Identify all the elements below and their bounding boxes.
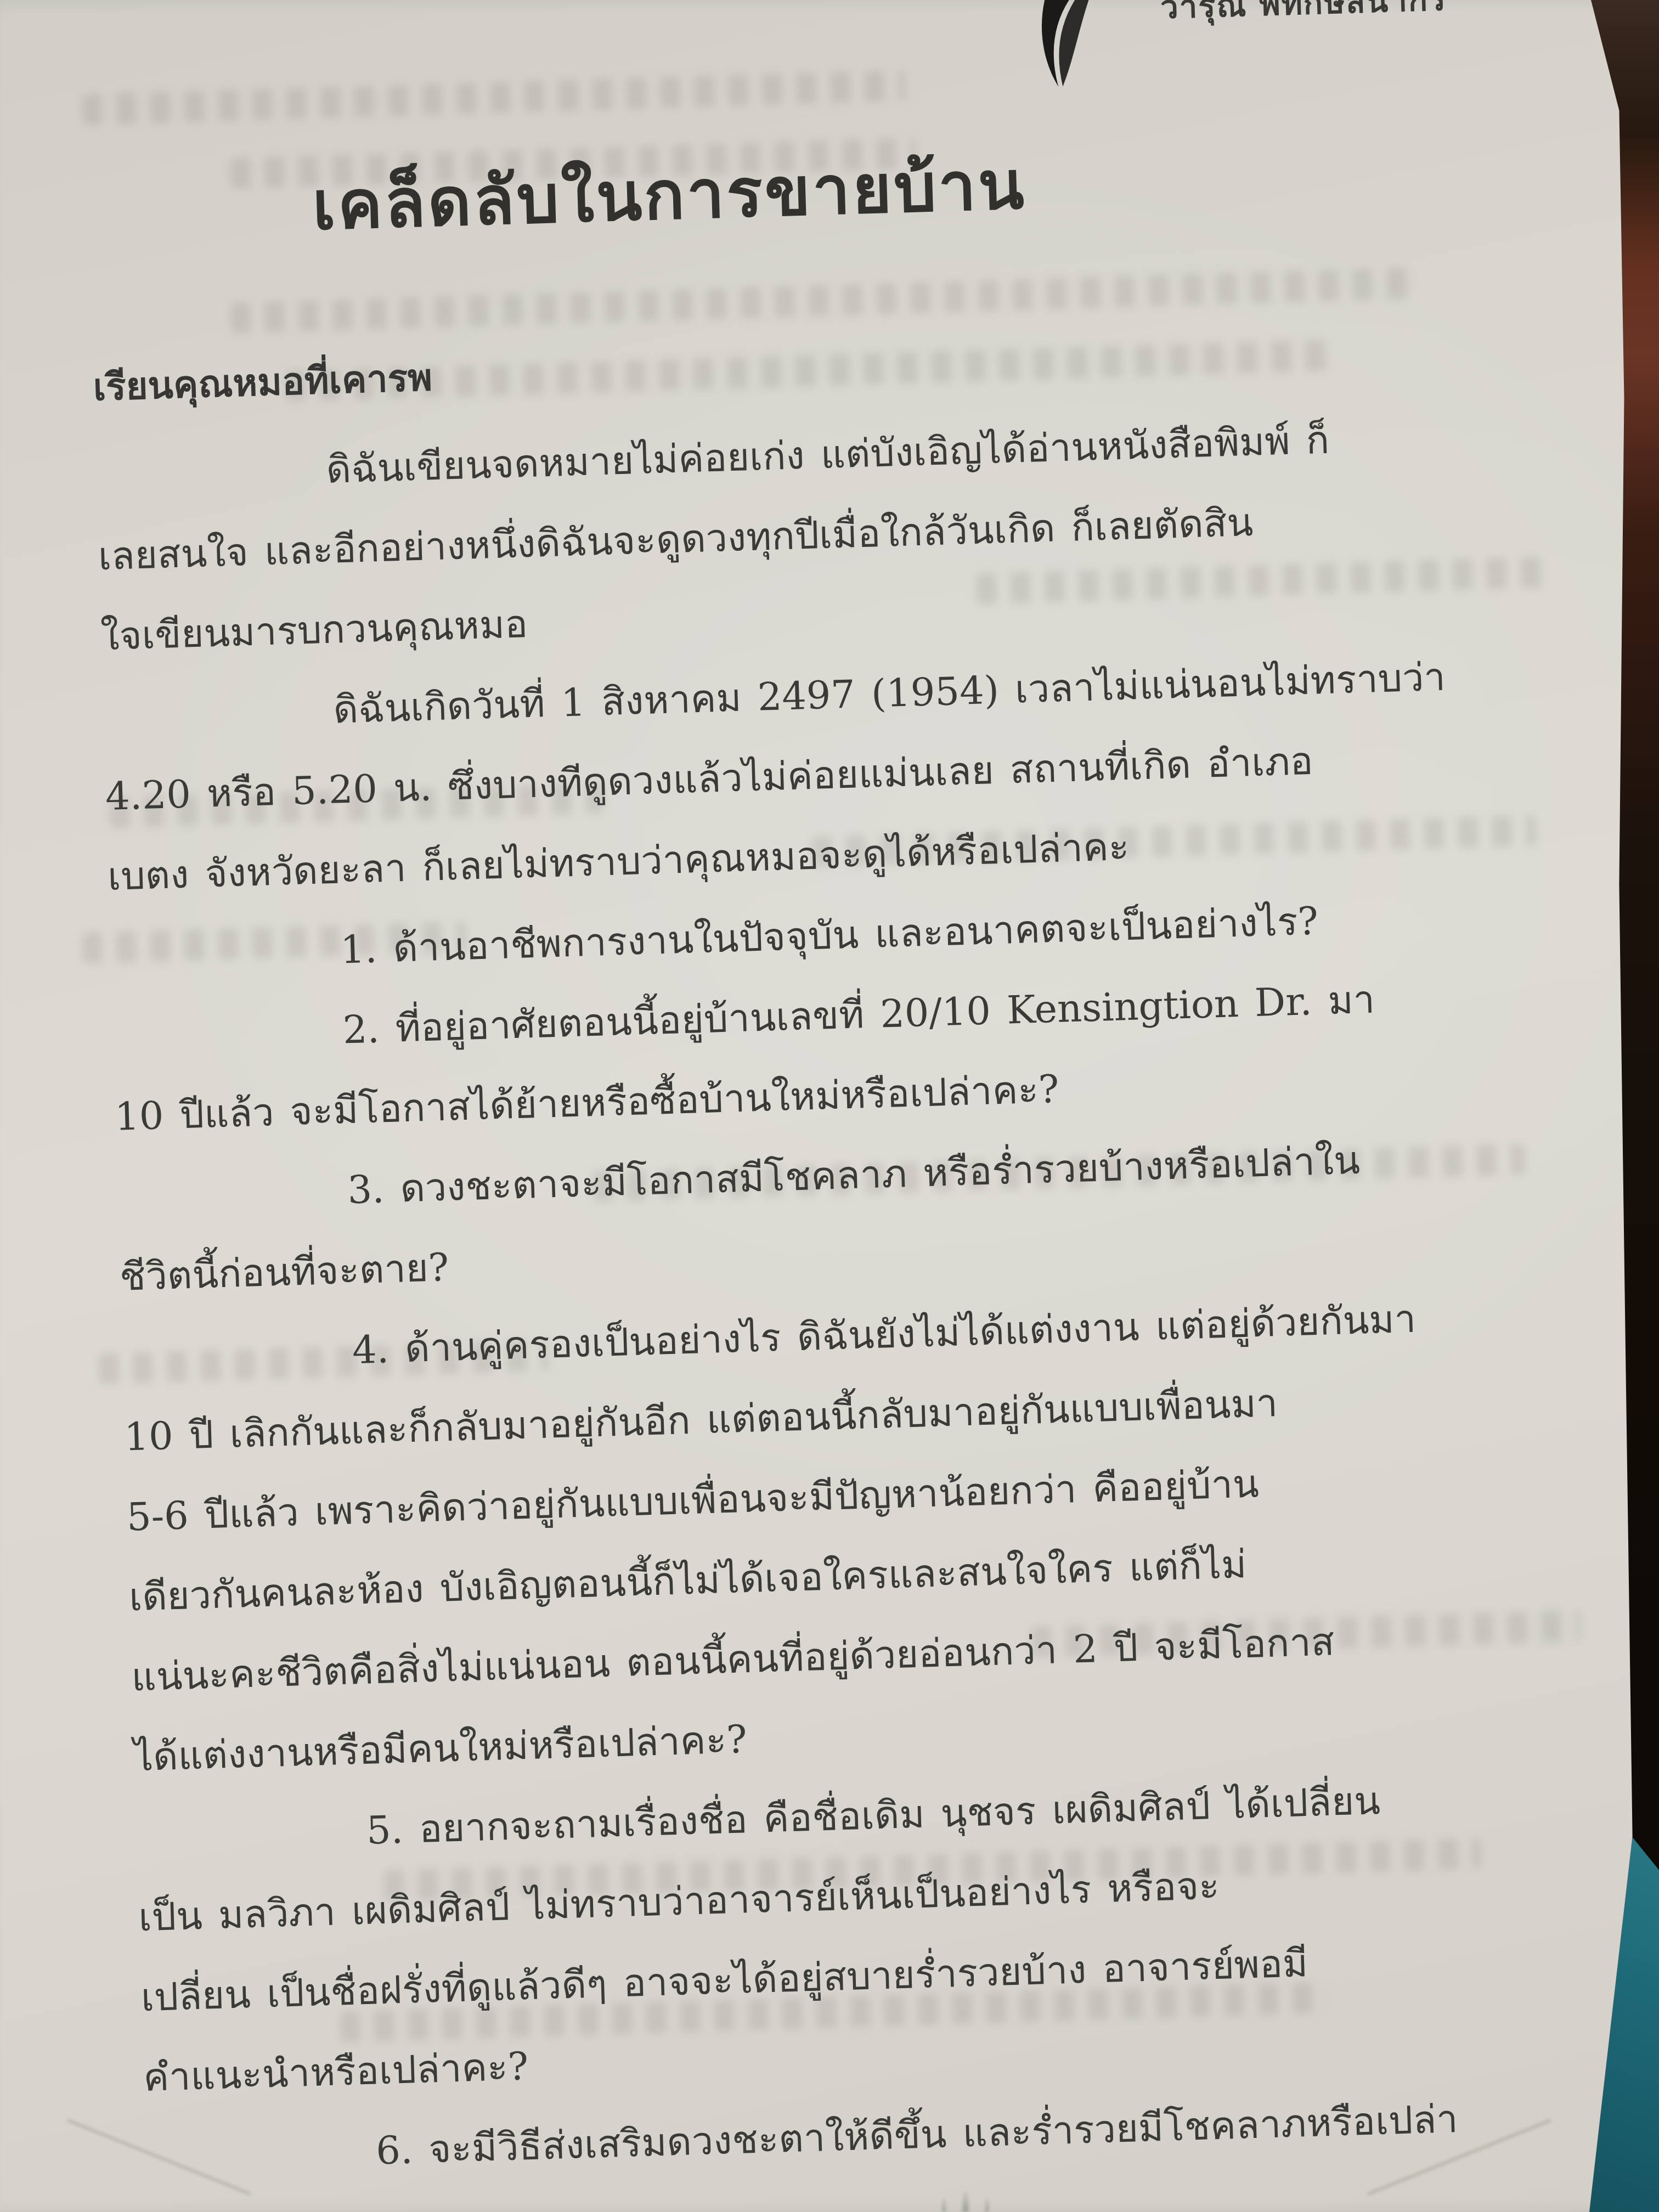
page-bottom-ornament: [889, 2168, 1042, 2212]
letter-body: ดิฉันเขียนจดหมายไม่ค่อยเก่ง แต่บังเอิญได…: [94, 393, 1605, 2197]
photo-of-book-page: วารุณ พิทักษ์สินากร เคล็ดลับในการขายบ้าน…: [0, 0, 1659, 2212]
page-title: เคล็ดลับในการขายบ้าน: [4, 122, 1335, 268]
crescent-moon-icon: [973, 0, 1141, 91]
book-page: วารุณ พิทักษ์สินากร เคล็ดลับในการขายบ้าน…: [0, 0, 1659, 2212]
author-name: วารุณ พิทักษ์สินากร: [1160, 0, 1448, 32]
page-masthead: วารุณ พิทักษ์สินากร: [0, 0, 1626, 97]
page-content: วารุณ พิทักษ์สินากร เคล็ดลับในการขายบ้าน…: [0, 0, 1659, 2200]
